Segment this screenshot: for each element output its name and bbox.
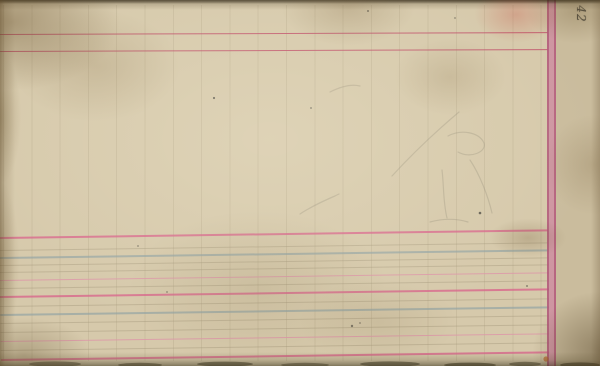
edge-dirt — [0, 0, 600, 366]
page-number: 42 — [570, 2, 592, 26]
rule-faint — [0, 264, 549, 273]
rule-red — [0, 32, 548, 35]
pencil-sketch — [0, 0, 600, 366]
rule-faint — [0, 324, 549, 333]
rule-faint — [0, 298, 549, 307]
rule-red — [0, 49, 548, 52]
rule-faint — [1, 342, 550, 351]
ledger-page: 42 — [0, 0, 600, 366]
right-margin-shade — [556, 0, 600, 366]
margin-band — [547, 0, 556, 366]
rule-light — [1, 333, 550, 342]
bottom-ruling — [0, 0, 550, 366]
rule-strong — [0, 229, 548, 239]
rule-blue — [0, 306, 549, 316]
rule-blue — [0, 249, 548, 259]
rule-faint — [0, 280, 549, 289]
rule-faint — [0, 315, 549, 324]
column-rules — [3, 5, 547, 361]
rule-light — [0, 272, 549, 281]
rule-strong — [0, 288, 549, 298]
paper-texture — [0, 0, 600, 366]
rule-faint — [0, 242, 548, 251]
rule-strong — [1, 351, 550, 361]
rule-faint — [0, 257, 548, 266]
top-ruling — [0, 0, 549, 366]
